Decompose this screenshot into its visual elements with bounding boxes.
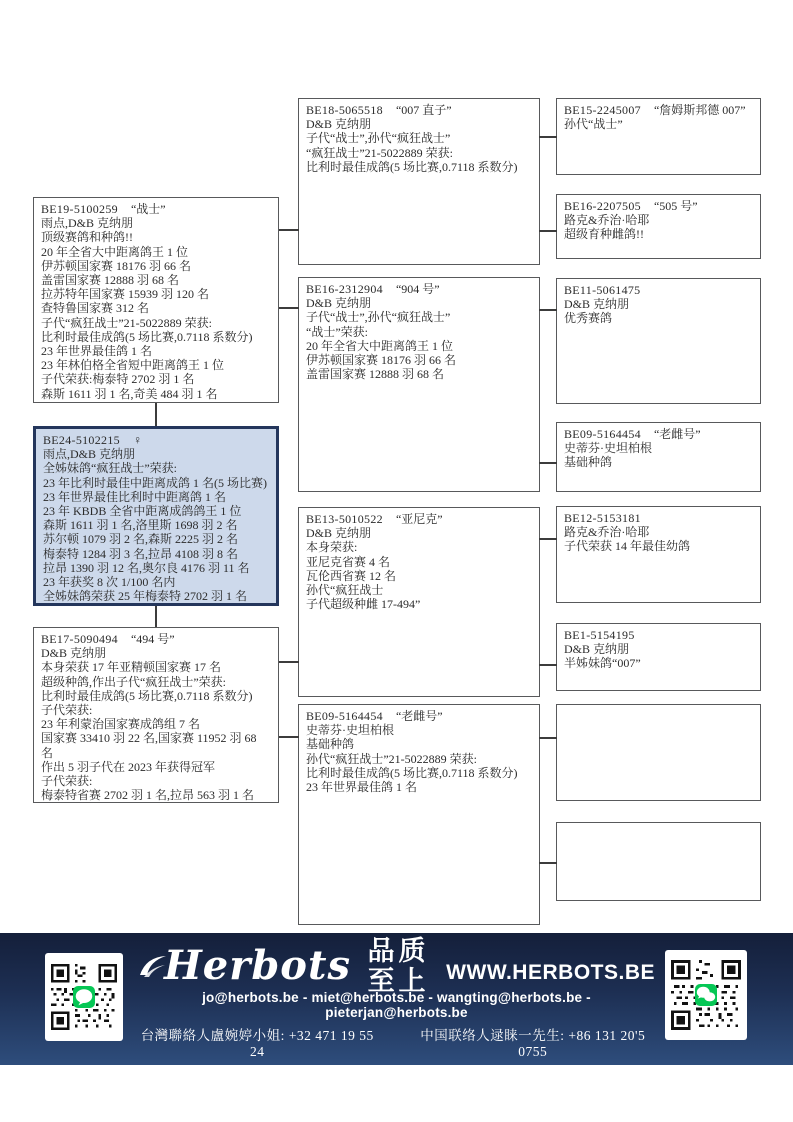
pedigree-details: 雨点,D&B 克纳朋 全姊妹鸽“疯狂战士”荣获: 23 年比利时最佳中距离成鸽 … (43, 447, 269, 603)
connector-line (279, 661, 299, 663)
ring-number: BE1-5154195 (564, 628, 635, 642)
contact-china: 中国联络人逯睐一先生: +86 131 20'5 0755 (411, 1024, 655, 1060)
pigeon-name: “战士” (118, 202, 166, 216)
footer-tagline: 贺伯特家族...秉持品质第一与诚实可靠，力求提供完美的服务! (138, 1065, 655, 1115)
connector-line (539, 737, 557, 739)
footer-banner: Herbots 品质至上 WWW.HERBOTS.BE jo@herbots.b… (0, 933, 793, 1065)
ring-number: BE11-5061475 (564, 283, 641, 297)
contact-taiwan: 台灣聯絡人盧婉婷小姐: +32 471 19 55 24 (138, 1024, 377, 1060)
ring-number: BE16-2312904 (306, 282, 383, 296)
pedigree-box-be17-5090494: BE17-5090494“494 号” D&B 克纳朋 本身荣获 17 年亚精顿… (33, 627, 279, 803)
pedigree-details: 史蒂芬·史坦柏根 基础种鸽 (564, 441, 753, 469)
pedigree-box-empty-1 (556, 704, 761, 801)
pigeon-name: “亚尼克” (383, 512, 443, 526)
pigeon-name: “老雌号” (641, 427, 701, 441)
pedigree-details: 路克&乔治·哈耶 超级育种雌鸽!! (564, 213, 753, 241)
ring-number: BE12-5153181 (564, 511, 641, 525)
pedigree-details: D&B 克纳朋 半姊妹鸽“007” (564, 642, 753, 670)
ring-number: BE09-5164454 (564, 427, 641, 441)
pedigree-details: 雨点,D&B 克纳朋 顶级赛鸽和种鸽!! 20 年全省大中距离鸽王 1 位 伊苏… (41, 216, 271, 401)
pedigree-box-be1-5154195: BE1-5154195 D&B 克纳朋 半姊妹鸽“007” (556, 623, 761, 691)
ring-number: BE13-5010522 (306, 512, 383, 526)
brand-name: Herbots (164, 946, 351, 986)
wechat-icon (695, 984, 717, 1006)
pigeon-name: “007 直子” (383, 103, 452, 117)
qr-code-wechat (665, 950, 747, 1040)
connector-line (279, 307, 299, 309)
logo-row: Herbots 品质至上 WWW.HERBOTS.BE (138, 943, 655, 989)
pedigree-details: D&B 克纳朋 子代“战士”,孙代“疯狂战士” “战士”荣获: 20 年全省大中… (306, 296, 532, 381)
pedigree-box-be16-2207505: BE16-2207505“505 号” 路克&乔治·哈耶 超级育种雌鸽!! (556, 194, 761, 259)
pigeon-name: “505 号” (641, 199, 698, 213)
connector-line (279, 229, 299, 231)
pedigree-box-be15-2245007: BE15-2245007“詹姆斯邦德 007” 孙代“战士” (556, 98, 761, 175)
pedigree-box-be18-5065518: BE18-5065518“007 直子” D&B 克纳朋 子代“战士”,孙代“疯… (298, 98, 540, 265)
ring-number: BE15-2245007 (564, 103, 641, 117)
connector-line (539, 664, 557, 666)
qr-code-line (45, 953, 123, 1041)
ring-number: BE24-5102215 (43, 433, 120, 447)
pigeon-name: “494 号” (118, 632, 175, 646)
pedigree-box-be12-5153181: BE12-5153181 路克&乔治·哈耶 子代荣获 14 年最佳幼鸽 (556, 506, 761, 603)
pedigree-details: D&B 克纳朋 本身荣获 17 年亚精顿国家赛 17 名 超级种鸽,作出子代“疯… (41, 646, 271, 803)
connector-line (279, 736, 299, 738)
pedigree-details: 史蒂芬·史坦柏根 基础种鸽 孙代“疯狂战士”21-5022889 荣获: 比利时… (306, 723, 532, 794)
ring-number: BE09-5164454 (306, 709, 383, 723)
connector-line (155, 403, 157, 426)
pedigree-box-be16-2312904: BE16-2312904“904 号” D&B 克纳朋 子代“战士”,孙代“疯狂… (298, 277, 540, 492)
ring-number: BE16-2207505 (564, 199, 641, 213)
pigeon-name: “詹姆斯邦德 007” (641, 103, 746, 117)
pedigree-page: BE19-5100259“战士” 雨点,D&B 克纳朋 顶级赛鸽和种鸽!! 20… (0, 0, 793, 1122)
contact-emails: jo@herbots.be - miet@herbots.be - wangti… (138, 990, 655, 1020)
pigeon-name (641, 283, 654, 297)
website-url: WWW.HERBOTS.BE (446, 961, 655, 989)
ring-number: BE19-5100259 (41, 202, 118, 216)
pedigree-details: D&B 克纳朋 优秀赛鸽 (564, 297, 753, 325)
herbots-logo: Herbots (138, 946, 351, 986)
connector-line (539, 462, 557, 464)
pigeon-name (641, 511, 654, 525)
pigeon-name: “老雌号” (383, 709, 443, 723)
connector-line (155, 606, 157, 627)
pigeon-name (635, 628, 648, 642)
pedigree-details: 路克&乔治·哈耶 子代荣获 14 年最佳幼鸽 (564, 525, 753, 553)
connector-line (539, 309, 557, 311)
pedigree-box-be13-5010522: BE13-5010522“亚尼克” D&B 克纳朋 本身荣获: 亚尼克省赛 4 … (298, 507, 540, 697)
connector-line (539, 538, 557, 540)
pedigree-box-be09-5164454-dam: BE09-5164454“老雌号” 史蒂芬·史坦柏根 基础种鸽 孙代“疯狂战士”… (298, 704, 540, 925)
footer-content: Herbots 品质至上 WWW.HERBOTS.BE jo@herbots.b… (138, 943, 655, 1115)
pedigree-details: 孙代“战士” (564, 117, 753, 131)
connector-line (539, 230, 557, 232)
pigeon-name: “904 号” (383, 282, 440, 296)
pedigree-box-subject-be24-5102215: BE24-5102215♀ 雨点,D&B 克纳朋 全姊妹鸽“疯狂战士”荣获: 2… (33, 426, 279, 606)
pedigree-box-be19-5100259: BE19-5100259“战士” 雨点,D&B 克纳朋 顶级赛鸽和种鸽!! 20… (33, 197, 279, 403)
line-app-icon (73, 986, 95, 1008)
footer-slogan: 品质至上 (364, 936, 433, 996)
pedigree-box-empty-2 (556, 822, 761, 901)
ring-number: BE18-5065518 (306, 103, 383, 117)
connector-line (539, 862, 557, 864)
female-sex-icon: ♀ (120, 433, 142, 447)
ring-number: BE17-5090494 (41, 632, 118, 646)
pedigree-box-be09-5164454: BE09-5164454“老雌号” 史蒂芬·史坦柏根 基础种鸽 (556, 422, 761, 492)
phone-contacts: 台灣聯絡人盧婉婷小姐: +32 471 19 55 24 中国联络人逯睐一先生:… (138, 1024, 655, 1060)
connector-line (539, 136, 557, 138)
pedigree-box-be11-5061475: BE11-5061475 D&B 克纳朋 优秀赛鸽 (556, 278, 761, 404)
pedigree-details: D&B 克纳朋 本身荣获: 亚尼克省赛 4 名 瓦伦西省赛 12 名 孙代“疯狂… (306, 526, 532, 611)
pedigree-details: D&B 克纳朋 子代“战士”,孙代“疯狂战士” “疯狂战士”21-5022889… (306, 117, 532, 174)
